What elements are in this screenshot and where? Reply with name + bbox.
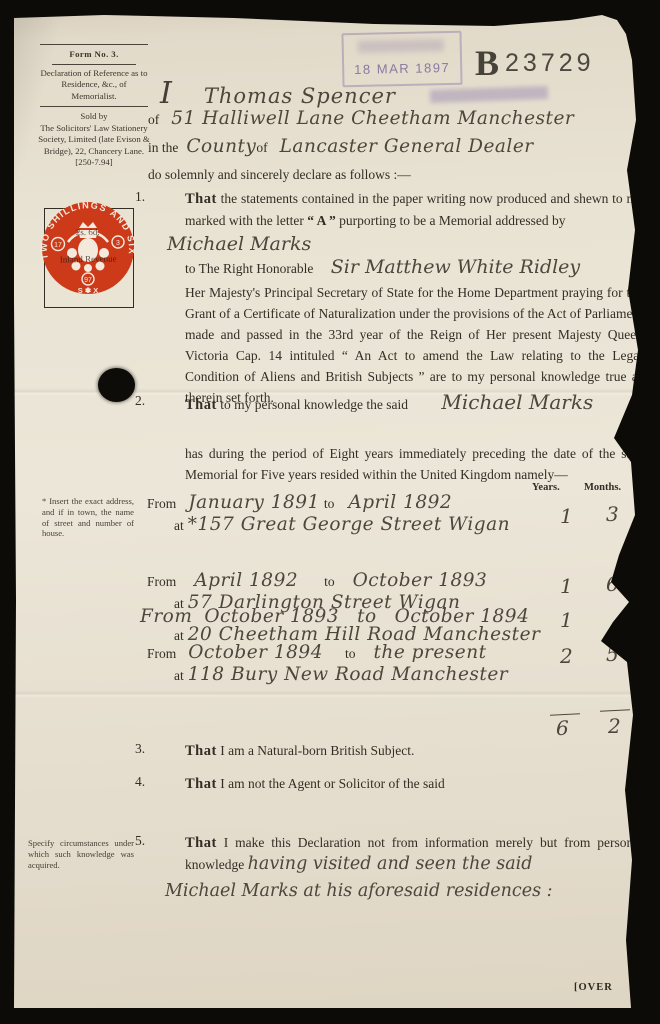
form-ref: [250-7.94] [38,157,150,169]
item-4: That I am not the Agent or Solicitor of … [185,773,643,795]
item-2-paragraph-2: has during the period of Eight years imm… [185,443,643,485]
months-value: 6 [606,572,619,596]
from-label: From [147,496,176,511]
item-4-text: That I am not the Agent or Solicitor of … [185,773,643,795]
in-the-label: in the [148,140,178,155]
divider [40,106,148,107]
item-1-text-b: purporting to be a Memorial addressed by [339,213,565,228]
county-line: in the Countyof Lancaster General Dealer [148,136,534,158]
svg-text:97: 97 [84,277,92,284]
that-word: That [185,397,217,413]
declarant-name: Thomas Spencer [204,84,396,108]
address-line: of 51 Halliwell Lane Cheetham Manchester [148,108,574,130]
years-value: 1 [560,574,573,598]
item-1-honorable-line: to The Right Honorable Sir Matthew White… [185,257,643,279]
months-value: 5 [606,642,619,666]
memorialist-name: Michael Marks [167,233,643,255]
to-label: to [324,496,335,511]
date-stamp-text: 18 MAR 1897 [354,60,450,77]
revenue-stamp: TWO SHILLINGS AND SIX PENCE 17 3 97 S ✽ … [38,196,138,314]
county-value: Lancaster General Dealer [280,136,534,157]
form-title: Declaration of Reference as to Residence… [38,68,150,103]
years-value: 2 [560,644,573,668]
declare-line: do solemnly and sincerely declare as fol… [148,164,411,185]
declarant-address: 51 Halliwell Lane Cheetham Manchester [171,108,574,129]
county-word: County [186,136,256,157]
registry-digits: 23729 [505,49,595,77]
item-5-number: 5. [135,833,145,849]
item-2: That to my personal knowledge the said M… [185,392,643,485]
from-date: October 1894 [188,642,323,663]
sold-by-label: Sold by [38,111,150,123]
years-header: Years. [532,482,560,493]
item-2-text: to my personal knowledge the said [220,397,408,412]
registry-letter: B [475,43,499,83]
item-4-body: I am not the Agent or Solicitor of the s… [220,776,445,791]
item-3-text: That I am a Natural-born British Subject… [185,740,643,762]
item-4-number: 4. [135,774,145,790]
years-value: 1 [560,504,573,528]
from-date: January 1891 [188,492,320,513]
residence-address: *157 Great George Street Wigan [188,514,510,535]
item-2-line-1: That to my personal knowledge the said M… [185,392,643,416]
declarant-line: I Thomas Spencer [160,76,396,111]
exhibit-letter: “ A ” [307,213,336,228]
ink-smudge [430,86,548,103]
divider [40,44,148,45]
item-3: That I am a Natural-born British Subject… [185,740,643,762]
total-months: 2 [608,714,621,738]
memorialist-name: Michael Marks [441,390,593,414]
at-label: at [174,518,184,533]
stamp-smudge [358,39,444,53]
from-date: April 1892 [194,570,298,591]
stamp-overprint: 2s. 6d. Inland Revenue [38,225,139,267]
years-value: 1 [560,608,573,632]
over-label: [OVER [574,982,613,993]
of-label: of [148,112,159,127]
months-header: Months. [584,482,621,493]
overprint-value: 2s. 6d. [38,225,138,240]
hole-punch [98,368,135,402]
at-label: at [174,628,184,643]
that-word: That [185,743,217,759]
to-date: the present [373,642,486,663]
total-rule [600,709,630,712]
svg-text:S ✽ X: S ✽ X [78,286,98,295]
registry-number: B23729 [475,42,595,84]
seller-name: The Solicitors' Law Stationery Society, … [38,123,150,158]
item-1-number: 1. [135,189,145,205]
item-1-paragraph-1: That the statements contained in the pap… [185,188,643,231]
item-5-handwriting-2: Michael Marks at his aforesaid residence… [165,881,643,901]
item-1: That the statements contained in the pap… [185,188,643,408]
overprint-dept: Inland Revenue [38,252,138,267]
total-years: 6 [556,716,569,740]
from-label: From [147,574,176,589]
of-label-2: of [256,140,267,155]
residence-address: 118 Bury New Road Manchester [188,664,508,685]
that-word: That [185,191,217,207]
to-label: to [324,574,335,589]
item-2-number: 2. [135,393,145,409]
initial-i: I [160,76,172,111]
honorable-label: to The Right Honorable [185,261,313,276]
divider [52,64,136,65]
form-number: Form No. 3. [38,49,150,61]
item-3-body: I am a Natural-born British Subject. [220,743,414,758]
from-label: From [147,646,176,661]
to-label: to [345,646,356,661]
item-5: That I make this Declaration not from in… [185,832,643,901]
form-info-box: Form No. 3. Declaration of Reference as … [38,40,150,169]
item-5-paragraph: That I make this Declaration not from in… [185,832,643,875]
that-word: That [185,776,217,792]
to-date: October 1893 [353,570,488,591]
margin-note-knowledge: Specify circumstances under which such k… [28,838,134,870]
item-5-handwriting-1: having visited and seen the said [248,854,533,874]
secretary-name: Sir Matthew White Ridley [331,256,580,278]
to-date: April 1892 [348,492,452,513]
margin-note-address: * Insert the exact address, and if in to… [42,496,134,539]
document-sheet: Form No. 3. Declaration of Reference as … [14,0,648,1008]
that-word: That [185,835,217,851]
item-3-number: 3. [135,741,145,757]
at-label: at [174,668,184,683]
months-value: 3 [606,502,619,526]
paper-crease [14,690,648,698]
